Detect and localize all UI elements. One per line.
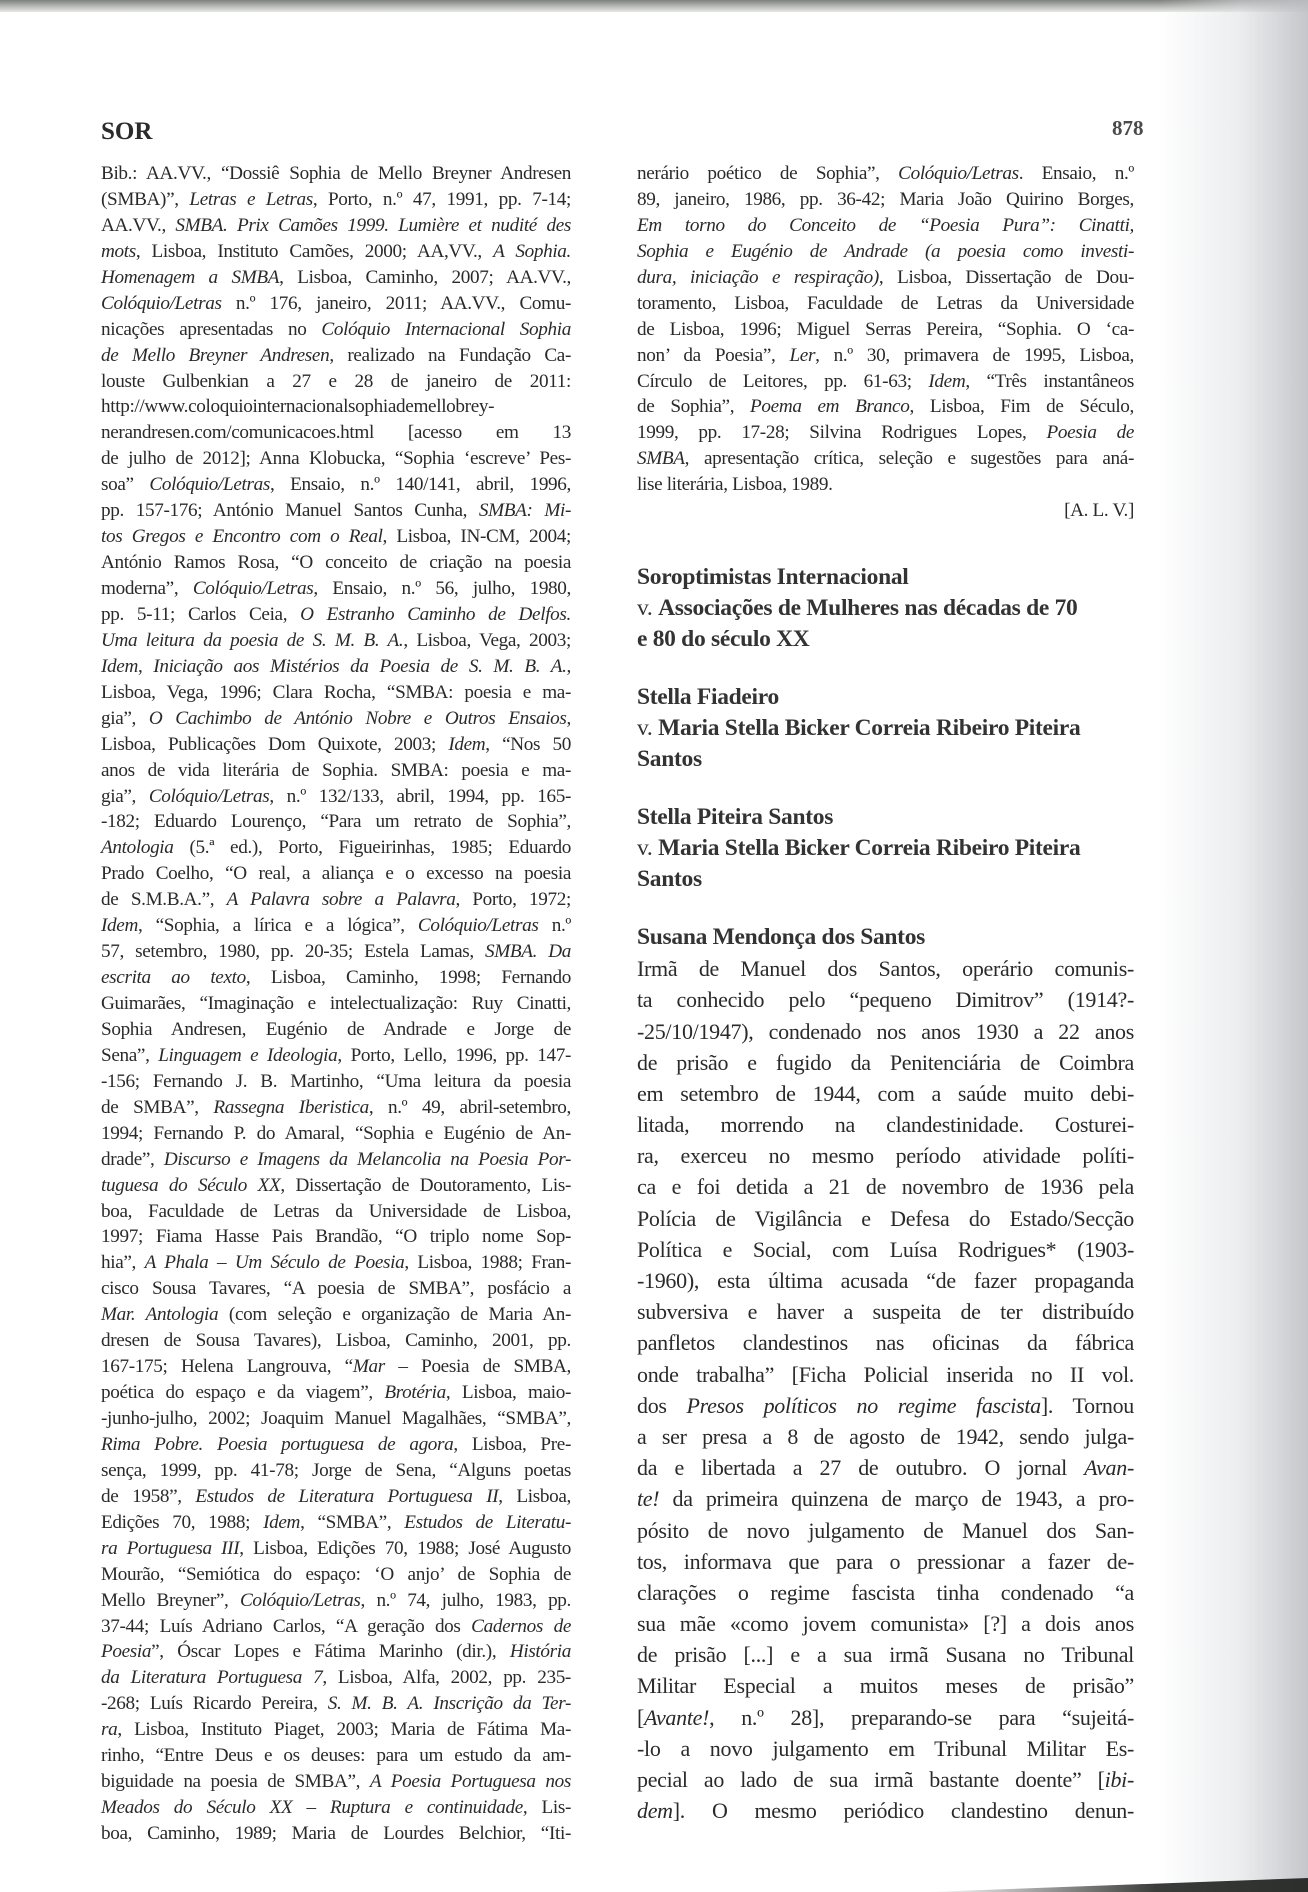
bibliography-sophia: Bib.: AA.VV., “Dossiê Sophia de Mello Br… xyxy=(101,161,571,1847)
text-line: litada, morrendo na clandestinidade. Cos… xyxy=(637,1109,1134,1140)
text-line: soa” Colóquio/Letras, Ensaio, n.º 140/14… xyxy=(101,472,571,498)
text-line: AA.VV., SMBA. Prix Camões 1999. Lumière … xyxy=(101,213,571,239)
text-line: Militar Especial a muitos meses de prisã… xyxy=(637,1670,1134,1701)
text-line: da Literatura Portuguesa 7, Lisboa, Alfa… xyxy=(101,1665,571,1691)
text-line: -156; Fernando J. B. Martinho, “Uma leit… xyxy=(101,1069,571,1095)
text-line: Prado Coelho, “O real, a aliança e o exc… xyxy=(101,861,571,887)
text-line: nicações apresentadas no Colóquio Intern… xyxy=(101,317,571,343)
left-column: Bib.: AA.VV., “Dossiê Sophia de Mello Br… xyxy=(101,161,571,1847)
cross-reference-cont[interactable]: Santos xyxy=(637,864,1134,895)
text-line: toramento, Lisboa, Faculdade de Letras d… xyxy=(637,291,1134,317)
text-line: anos de vida literária de Sophia. SMBA: … xyxy=(101,758,571,784)
text-line: louste Gulbenkian a 27 e 28 de janeiro d… xyxy=(101,369,571,395)
text-line: -junho-julho, 2002; Joaquim Manuel Magal… xyxy=(101,1406,571,1432)
text-line: [Avante!, n.º 28], preparando-se para “s… xyxy=(637,1702,1134,1733)
text-line: Em torno do Conceito de “Poesia Pura”: C… xyxy=(637,213,1134,239)
text-line: Polícia de Vigilância e Defesa do Estado… xyxy=(637,1203,1134,1234)
text-line: poética do espaço e da viagem”, Brotéria… xyxy=(101,1380,571,1406)
running-head: SOR xyxy=(101,118,152,146)
text-line: clarações o regime fascista tinha conden… xyxy=(637,1577,1134,1608)
text-line: dem]. O mesmo periódico clandestino denu… xyxy=(637,1795,1134,1826)
text-line: de julho de 2012]; Anna Klobucka, “Sophi… xyxy=(101,446,571,472)
text-line: Rima Pobre. Poesia portuguesa de agora, … xyxy=(101,1432,571,1458)
text-line: 1999, pp. 17-28; Silvina Rodrigues Lopes… xyxy=(637,420,1134,446)
text-line: 37-44; Luís Adriano Carlos, “A geração d… xyxy=(101,1614,571,1640)
text-line: de prisão e fugido da Penitenciária de C… xyxy=(637,1047,1134,1078)
text-line: de prisão [...] e a sua irmã Susana no T… xyxy=(637,1639,1134,1670)
text-line: Sophia Andresen, Eugénio de Andrade e Jo… xyxy=(101,1017,571,1043)
entry-stella-piteira-santos: Stella Piteira Santos v. Maria Stella Bi… xyxy=(637,802,1134,895)
entry-title: Stella Piteira Santos xyxy=(637,802,1134,833)
text-line: Antologia (5.ª ed.), Porto, Figueirinhas… xyxy=(101,835,571,861)
text-line: lise literária, Lisboa, 1989. xyxy=(637,472,1134,498)
text-line: nerário poético de Sophia”, Colóquio/Let… xyxy=(637,161,1134,187)
text-line: de Lisboa, 1996; Miguel Serras Pereira, … xyxy=(637,317,1134,343)
right-column: nerário poético de Sophia”, Colóquio/Let… xyxy=(637,161,1134,1826)
text-line: de S.M.B.A.”, A Palavra sobre a Palavra,… xyxy=(101,887,571,913)
text-line: 167-175; Helena Langrouva, “Mar – Poesia… xyxy=(101,1354,571,1380)
entry-title: Soroptimistas Internacional xyxy=(637,562,1134,593)
entry-soroptimistas: Soroptimistas Internacional v. Associaçõ… xyxy=(637,562,1134,655)
text-line: Idem, Iniciação aos Mistérios da Poesia … xyxy=(101,654,571,680)
text-line: pósito de novo julgamento de Manuel dos … xyxy=(637,1515,1134,1546)
text-line: onde trabalha” [Ficha Policial inserida … xyxy=(637,1359,1134,1390)
text-line: António Ramos Rosa, “O conceito de criaç… xyxy=(101,550,571,576)
text-line: moderna”, Colóquio/Letras, Ensaio, n.º 5… xyxy=(101,576,571,602)
text-line: Uma leitura da poesia de S. M. B. A., Li… xyxy=(101,628,571,654)
entry-body: Irmã de Manuel dos Santos, operário comu… xyxy=(637,953,1134,1826)
text-line: Guimarães, “Imaginação e intelectualizaç… xyxy=(101,991,571,1017)
text-line: dresen de Sousa Tavares), Lisboa, Caminh… xyxy=(101,1328,571,1354)
text-line: Edições 70, 1988; Idem, “SMBA”, Estudos … xyxy=(101,1510,571,1536)
text-line: ra Portuguesa III, Lisboa, Edições 70, 1… xyxy=(101,1536,571,1562)
text-line: ta conhecido pelo “pequeno Dimitrov” (19… xyxy=(637,984,1134,1015)
page-curl-shadow xyxy=(1158,0,1308,1892)
text-line: pp. 5-11; Carlos Ceia, O Estranho Caminh… xyxy=(101,602,571,628)
text-line: (SMBA)”, Letras e Letras, Porto, n.º 47,… xyxy=(101,187,571,213)
text-line: de SMBA”, Rassegna Iberistica, n.º 49, a… xyxy=(101,1095,571,1121)
text-line: panfletos clandestinos nas oficinas da f… xyxy=(637,1327,1134,1358)
text-line: 1997; Fiama Hasse Pais Brandão, “O tripl… xyxy=(101,1224,571,1250)
text-line: mots, Lisboa, Instituto Camões, 2000; AA… xyxy=(101,239,571,265)
text-line: te! da primeira quinzena de março de 194… xyxy=(637,1483,1134,1514)
text-line: sença, 1999, pp. 41-78; Jorge de Sena, “… xyxy=(101,1458,571,1484)
text-line: Irmã de Manuel dos Santos, operário comu… xyxy=(637,953,1134,984)
bibliography-continuation: nerário poético de Sophia”, Colóquio/Let… xyxy=(637,161,1134,498)
text-line: pp. 157-176; António Manuel Santos Cunha… xyxy=(101,498,571,524)
text-line: -268; Luís Ricardo Pereira, S. M. B. A. … xyxy=(101,1691,571,1717)
text-line: a ser presa a 8 de agosto de 1942, sendo… xyxy=(637,1421,1134,1452)
text-line: 57, setembro, 1980, pp. 20-35; Estela La… xyxy=(101,939,571,965)
text-line: Lisboa, Vega, 1996; Clara Rocha, “SMBA: … xyxy=(101,680,571,706)
text-line: tuguesa do Século XX, Dissertação de Dou… xyxy=(101,1173,571,1199)
text-line: Lisboa, Publicações Dom Quixote, 2003; I… xyxy=(101,732,571,758)
entry-susana-mendonca-dos-santos: Susana Mendonça dos Santos Irmã de Manue… xyxy=(637,922,1134,1826)
text-line: 1994; Fernando P. do Amaral, “Sophia e E… xyxy=(101,1121,571,1147)
text-line: -lo a novo julgamento em Tribunal Milita… xyxy=(637,1733,1134,1764)
text-line: Sena”, Linguagem e Ideologia, Porto, Lel… xyxy=(101,1043,571,1069)
text-line: boa, Faculdade de Letras da Universidade… xyxy=(101,1199,571,1225)
text-line: Mar. Antologia (com seleção e organizaçã… xyxy=(101,1302,571,1328)
cross-reference-cont[interactable]: Santos xyxy=(637,744,1134,775)
text-line: Colóquio/Letras n.º 176, janeiro, 2011; … xyxy=(101,291,571,317)
text-line: ra, exerceu no mesmo período atividade p… xyxy=(637,1140,1134,1171)
text-line: Sophia e Eugénio de Andrade (a poesia co… xyxy=(637,239,1134,265)
text-line: gia”, O Cachimbo de António Nobre e Outr… xyxy=(101,706,571,732)
entry-title: Stella Fiadeiro xyxy=(637,682,1134,713)
text-line: Homenagem a SMBA, Lisboa, Caminho, 2007;… xyxy=(101,265,571,291)
entry-stella-fiadeiro: Stella Fiadeiro v. Maria Stella Bicker C… xyxy=(637,682,1134,775)
entry-title: Susana Mendonça dos Santos xyxy=(637,922,1134,953)
text-line: dos Presos políticos no regime fascista]… xyxy=(637,1390,1134,1421)
text-line: de 1958”, Estudos de Literatura Portugue… xyxy=(101,1484,571,1510)
text-line: 89, janeiro, 1986, pp. 36-42; Maria João… xyxy=(637,187,1134,213)
text-line: non’ da Poesia”, Ler, n.º 30, primavera … xyxy=(637,343,1134,369)
text-line: subversiva e haver a suspeita de ter dis… xyxy=(637,1296,1134,1327)
text-line: em setembro de 1944, com a saúde muito d… xyxy=(637,1078,1134,1109)
text-line: nerandresen.com/comunicacoes.html [acess… xyxy=(101,420,571,446)
text-line: hia”, A Phala – Um Século de Poesia, Lis… xyxy=(101,1250,571,1276)
cross-reference-cont[interactable]: e 80 do século XX xyxy=(637,624,1134,655)
text-line: Mourão, “Semiótica do espaço: ‘O anjo’ d… xyxy=(101,1562,571,1588)
text-line: de Sophia”, Poema em Branco, Lisboa, Fim… xyxy=(637,394,1134,420)
text-line: -182; Eduardo Lourenço, “Para um retrato… xyxy=(101,809,571,835)
text-line: pecial ao lado de sua irmã bastante doen… xyxy=(637,1764,1134,1795)
text-line: -25/10/1947), condenado nos anos 1930 a … xyxy=(637,1016,1134,1047)
text-line: rinho, “Entre Deus e os deuses: para um … xyxy=(101,1743,571,1769)
text-line: sua mãe «como jovem comunista» [?] a doi… xyxy=(637,1608,1134,1639)
page-top-edge xyxy=(0,0,1308,12)
text-line: Bib.: AA.VV., “Dossiê Sophia de Mello Br… xyxy=(101,161,571,187)
text-line: tos Gregos e Encontro com o Real, Lisboa… xyxy=(101,524,571,550)
text-line: ra, Lisboa, Instituto Piaget, 2003; Mari… xyxy=(101,1717,571,1743)
text-line: Política e Social, com Luísa Rodrigues* … xyxy=(637,1234,1134,1265)
cross-reference[interactable]: v. Maria Stella Bicker Correia Ribeiro P… xyxy=(637,713,1134,744)
text-line: da e libertada a 27 de outubro. O jornal… xyxy=(637,1452,1134,1483)
text-line: ca e foi detida a 21 de novembro de 1936… xyxy=(637,1171,1134,1202)
text-line: Poesia”, Óscar Lopes e Fátima Marinho (d… xyxy=(101,1639,571,1665)
text-line: Meados do Século XX – Ruptura e continui… xyxy=(101,1795,571,1821)
text-line: SMBA, apresentação crítica, seleção e su… xyxy=(637,446,1134,472)
text-line: Círculo de Leitores, pp. 61-63; Idem, “T… xyxy=(637,369,1134,395)
text-line: de Mello Breyner Andresen, realizado na … xyxy=(101,343,571,369)
text-line: Mello Breyner”, Colóquio/Letras, n.º 74,… xyxy=(101,1588,571,1614)
text-line: http://www.coloquiointernacionalsophiade… xyxy=(101,394,571,420)
text-line: -1960), esta última acusada “de fazer pr… xyxy=(637,1265,1134,1296)
text-line: boa, Caminho, 1989; Maria de Lourdes Bel… xyxy=(101,1821,571,1847)
text-line: tos, informava que para o pressionar a f… xyxy=(637,1546,1134,1577)
cross-reference[interactable]: v. Associações de Mulheres nas décadas d… xyxy=(637,593,1134,624)
cross-reference[interactable]: v. Maria Stella Bicker Correia Ribeiro P… xyxy=(637,833,1134,864)
text-line: Idem, “Sophia, a lírica e a lógica”, Col… xyxy=(101,913,571,939)
text-line: escrita ao texto, Lisboa, Caminho, 1998;… xyxy=(101,965,571,991)
page-number: 878 xyxy=(1112,116,1144,141)
text-line: drade”, Discurso e Imagens da Melancolia… xyxy=(101,1147,571,1173)
text-line: cisco Sousa Tavares, “A poesia de SMBA”,… xyxy=(101,1276,571,1302)
text-line: gia”, Colóquio/Letras, n.º 132/133, abri… xyxy=(101,784,571,810)
author-signature: [A. L. V.] xyxy=(637,498,1134,524)
text-line: biguidade na poesia de SMBA”, A Poesia P… xyxy=(101,1769,571,1795)
text-line: dura, iniciação e respiração), Lisboa, D… xyxy=(637,265,1134,291)
